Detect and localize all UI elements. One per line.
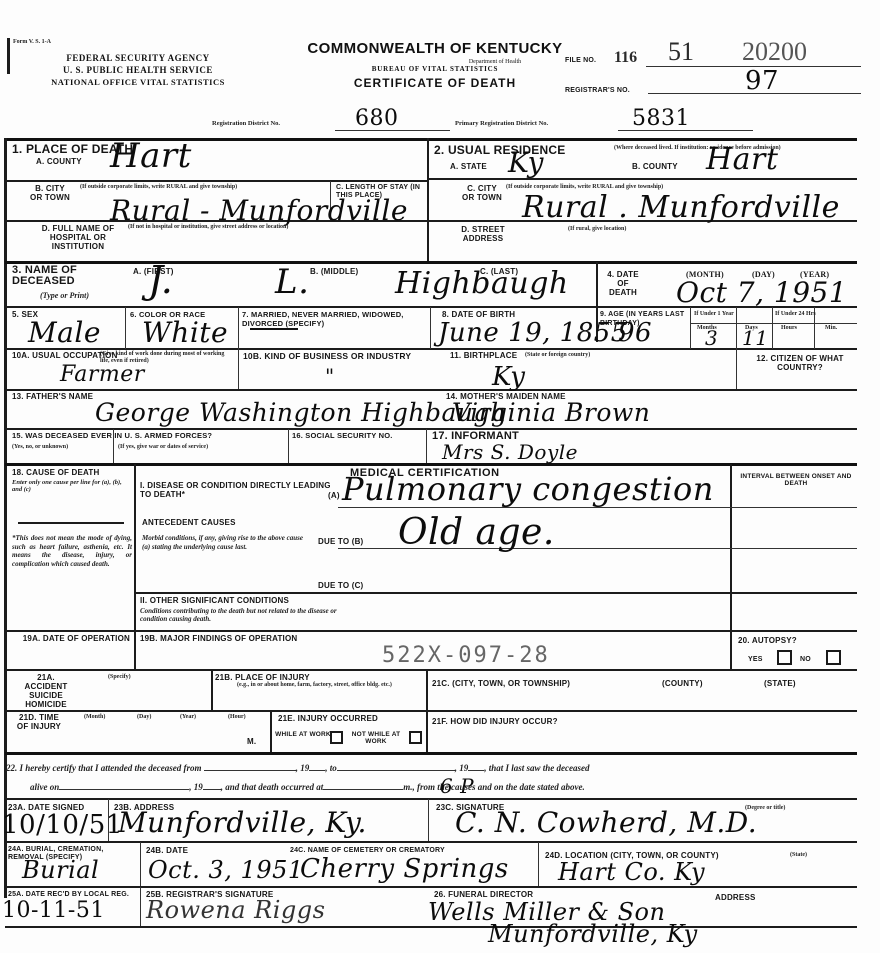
marital-status-label: 7. MARRIED, NEVER MARRIED, WIDOWED, DIVO…: [242, 310, 428, 328]
certificate-title: CERTIFICATE OF DEATH: [270, 76, 600, 90]
rule: [426, 429, 427, 463]
rule: [211, 670, 213, 710]
cause-of-death-label: 18. CAUSE OF DEATH: [12, 468, 99, 477]
months-value: 3: [705, 326, 718, 350]
registration-district-label: Registration District No.: [212, 120, 280, 127]
sex-value: Male: [28, 316, 101, 349]
middle-name-value: L.: [275, 262, 309, 302]
cause-note: Enter only one cause per line for (a), (…: [12, 479, 130, 493]
cause-footnote: *This does not mean the mode of dying, s…: [12, 534, 132, 568]
rule: [428, 799, 429, 841]
business-label: 10b. KIND OF BUSINESS OR INDUSTRY: [243, 352, 423, 361]
hours-label: Hours: [781, 325, 797, 332]
injury-place-label: 21b. PLACE OF INJURY: [215, 673, 310, 682]
burial-date-label: 24b. DATE: [146, 846, 188, 855]
injury-hour-label: (Hour): [228, 714, 246, 721]
rule: [430, 307, 431, 349]
rule: [5, 180, 429, 182]
while-at-work-checkbox[interactable]: [330, 731, 343, 744]
armed-forces-note-2: (If yes, give war or dates of service): [118, 444, 208, 451]
rule: [5, 752, 857, 755]
date-of-death-label: 4. DATE OF DEATH: [603, 270, 643, 297]
residence-city-value: Rural . Munfordville: [522, 190, 840, 225]
rule: [5, 348, 857, 350]
time-of-death-value: 6 P: [440, 774, 474, 798]
autopsy-no-label: NO: [800, 655, 811, 664]
line-a-label: (a): [328, 491, 340, 500]
certify-text-1e: , that I last saw the deceased: [484, 763, 589, 773]
alive-on-field: [59, 789, 189, 790]
registrar-signature: Rowena Riggs: [146, 896, 325, 924]
mother-name-value: Virginia Brown: [452, 398, 650, 427]
rule: [134, 631, 136, 669]
last-name-value: Highbaugh: [395, 266, 569, 301]
occupation-value: Farmer: [60, 362, 145, 387]
residence-county-label: b. COUNTY: [632, 162, 678, 171]
residence-state-value: Ky: [508, 146, 544, 179]
attended-from-year-field: [309, 770, 325, 771]
street-address-label: d. STREET ADDRESS: [458, 225, 508, 243]
under-year-label: If Under 1 Year: [694, 311, 772, 318]
city-note: (If outside corporate limits, write RURA…: [80, 184, 325, 191]
funeral-director-address-label: ADDRESS: [715, 893, 756, 902]
first-name-value: J.: [148, 258, 173, 302]
days-value: 11: [742, 326, 768, 350]
rule: [18, 522, 124, 524]
rule: [140, 887, 141, 927]
widowed-underline: [250, 328, 298, 330]
cause-line-a-value: Pulmonary congestion: [342, 470, 714, 508]
rule: [730, 631, 732, 669]
county-label: a. COUNTY: [36, 157, 82, 166]
certify-text-2d: m., from the causes and on the date stat…: [403, 782, 585, 792]
father-name-value: George Washington Highbaugh: [95, 398, 507, 427]
burial-date-value: Oct. 3, 1951: [148, 856, 304, 884]
armed-forces-note-1: (Yes, no, or unknown): [12, 444, 68, 451]
agency-line-3: NATIONAL OFFICE VITAL STATISTICS: [12, 76, 264, 88]
date-of-death-value: Oct 7, 1951: [676, 276, 847, 309]
rule: [690, 323, 857, 324]
injury-state-label: (STATE): [764, 679, 796, 688]
rule: [736, 349, 737, 389]
street-note: (If rural, give location): [568, 226, 626, 233]
certifier-address-value: Munfordville, Ky.: [118, 806, 367, 839]
rule: [5, 710, 857, 712]
funeral-director-address-value: Munfordville, Ky: [488, 920, 698, 948]
rule: [238, 307, 239, 349]
form-left-border: [4, 138, 7, 898]
primary-district-label: Primary Registration District No.: [455, 120, 548, 127]
injury-how-label: 21f. HOW DID INJURY OCCUR?: [432, 717, 558, 726]
usual-residence-label: 2. USUAL RESIDENCE: [434, 144, 565, 156]
cause-line-b-value: Old age.: [398, 512, 555, 553]
certify-statement-line-2: alive on, 19, and that death occurred at…: [30, 783, 585, 792]
injury-m-label: m.: [247, 737, 256, 746]
attended-to-year-field: [468, 770, 484, 771]
autopsy-yes-checkbox[interactable]: [777, 650, 792, 665]
rule: [5, 428, 857, 430]
part1-label: I. DISEASE OR CONDITION DIRECTLY LEADING…: [140, 481, 340, 499]
part2-note: Conditions contributing to the death but…: [140, 607, 340, 623]
antecedent-note: Morbid conditions, if any, giving rise t…: [142, 534, 307, 551]
birthplace-label: 11. BIRTHPLACE: [450, 351, 517, 360]
business-value: ": [325, 364, 335, 388]
file-no-prefix: 116: [614, 49, 637, 67]
citizen-label: 12. CITIZEN OF WHAT COUNTRY?: [745, 354, 855, 372]
certify-text-1d: , 19: [455, 763, 469, 773]
rule: [5, 926, 857, 928]
autopsy-yes-label: YES: [748, 655, 763, 664]
interval-label: INTERVAL BETWEEN ONSET AND DEATH: [738, 473, 854, 487]
rule: [140, 842, 141, 886]
rule: [134, 464, 136, 630]
rule: [125, 307, 126, 349]
certify-text-1c: , to: [325, 763, 337, 773]
date-received-value: 10-11-51: [2, 898, 105, 923]
rule: [5, 886, 857, 888]
registrar-no: 97: [745, 66, 779, 96]
bureau: BUREAU OF VITAL STATISTICS: [270, 65, 600, 73]
rule: [730, 464, 732, 630]
length-of-stay-label: c. LENGTH OF STAY (in this place): [336, 184, 426, 200]
autopsy-label: 20. AUTOPSY?: [738, 636, 797, 645]
city-town-label-text: b. CITY OR TOWN: [30, 184, 70, 202]
middle-name-label: b. (Middle): [310, 267, 358, 276]
certify-text-2b: , 19: [189, 782, 203, 792]
injury-month-label: (Month): [84, 714, 105, 721]
residence-county-value: Hart: [706, 142, 778, 177]
primary-district: 5831: [632, 106, 690, 131]
min-label: Min.: [825, 325, 837, 332]
age-years-value: 96: [618, 318, 652, 348]
part2-label: II. OTHER SIGNIFICANT CONDITIONS: [140, 596, 289, 605]
rule: [238, 349, 239, 389]
certify-text-2c: , and that death occurred at: [221, 782, 324, 792]
title-block: COMMONWEALTH OF KENTUCKY Department of H…: [270, 40, 600, 90]
cemetery-value: Cherry Springs: [300, 854, 509, 884]
certifier-signature: C. N. Cowherd, M.D.: [455, 806, 757, 839]
birthplace-note: (State or foreign country): [525, 352, 590, 359]
birthplace-value: Ky: [492, 362, 525, 392]
file-no-stamp-number: 20200: [742, 37, 807, 67]
rule: [5, 798, 857, 800]
rule: [5, 841, 857, 843]
while-at-work-label: WHILE AT WORK: [275, 731, 331, 738]
race-value: White: [142, 316, 228, 349]
injury-day-label: (Day): [137, 714, 151, 721]
injury-year-label: (Year): [180, 714, 196, 721]
under-day-label: If Under 24 Hrs: [775, 311, 855, 318]
burial-location-state-label: (State): [790, 852, 807, 859]
attended-to-field: [337, 770, 455, 771]
not-while-at-work-checkbox[interactable]: [409, 731, 422, 744]
death-time-field: [323, 789, 403, 790]
injury-place-note: (e.g., in or about home, farm, factory, …: [237, 682, 423, 689]
due-to-b-label: DUE TO (b): [318, 537, 363, 546]
rule: [270, 711, 272, 752]
rule: [428, 178, 857, 180]
autopsy-no-checkbox[interactable]: [826, 650, 841, 665]
operation-findings-label: 19b. MAJOR FINDINGS OF OPERATION: [140, 634, 297, 643]
date-signed-value: 10/10/51: [2, 810, 123, 840]
antecedent-causes-label: ANTECEDENT CAUSES: [142, 518, 236, 527]
father-name-label: 13. FATHER'S NAME: [12, 392, 93, 401]
rule: [538, 842, 539, 886]
certify-statement-line-1: 22. I hereby certify that I attended the…: [6, 764, 589, 773]
injury-county-label: (COUNTY): [662, 679, 703, 688]
injury-city-label: 21c. (CITY, TOWN, OR TOWNSHIP): [432, 679, 570, 688]
index-stamp: 522X-097-28: [382, 643, 550, 668]
rule: [5, 261, 857, 264]
hospital-label: d. FULL NAME OF HOSPITAL OR INSTITUTION: [28, 224, 128, 251]
rule: [5, 669, 857, 671]
burial-type-value: Burial: [22, 856, 99, 884]
rule: [5, 389, 857, 391]
file-no-label: FILE NO.: [565, 56, 596, 65]
injury-occurred-label: 21e. INJURY OCCURRED: [278, 714, 378, 723]
attended-from-field: [204, 770, 296, 771]
injury-type-label: 21a. ACCIDENT SUICIDE HOMICIDE: [16, 673, 76, 709]
informant-value: Mrs S. Doyle: [442, 440, 578, 464]
divider-place-residence: [427, 138, 429, 262]
city-town-label: b. CITY OR TOWN: [30, 184, 70, 202]
burial-location-value: Hart Co. Ky: [558, 858, 705, 886]
alive-on-year-field: [203, 789, 221, 790]
injury-specify-label: (Specify): [108, 674, 131, 681]
ssn-label: 16. SOCIAL SECURITY NO.: [292, 431, 422, 440]
rule: [772, 307, 773, 349]
certify-text-1b: , 19: [296, 763, 310, 773]
state-title: COMMONWEALTH OF KENTUCKY: [270, 40, 600, 57]
rule: [690, 307, 691, 349]
margin-bar: [7, 38, 10, 74]
residence-city-label: c. CITY OR TOWN: [460, 184, 504, 202]
operation-date-label: 19a. DATE OF OPERATION: [12, 634, 130, 643]
file-no-stamp-year: 51: [668, 37, 694, 67]
due-to-c-label: DUE TO (c): [318, 581, 363, 590]
form-number: Form V. S. 1-A: [13, 39, 51, 46]
registration-district: 680: [355, 106, 399, 131]
death-certificate-page: Form V. S. 1-A FEDERAL SECURITY AGENCY U…: [0, 0, 880, 953]
agency-line-2: U. S. PUBLIC HEALTH SERVICE: [12, 64, 264, 76]
name-note: (Type or Print): [40, 291, 89, 300]
not-while-at-work-label: NOT WHILE AT WORK: [344, 731, 408, 745]
name-of-deceased-label: 3. NAME OF DECEASED: [12, 265, 102, 287]
place-county-value: Hart: [110, 136, 192, 176]
state-label: a. STATE: [450, 162, 487, 171]
agency-line-1: FEDERAL SECURITY AGENCY: [12, 52, 264, 64]
agency-block: FEDERAL SECURITY AGENCY U. S. PUBLIC HEA…: [12, 52, 264, 88]
hospital-note: (If not in hospital or institution, give…: [128, 224, 418, 231]
registrar-no-label: REGISTRAR'S NO.: [565, 86, 630, 95]
rule: [134, 592, 857, 594]
certify-text-1: 22. I hereby certify that I attended the…: [6, 763, 201, 773]
certify-text-2: alive on: [30, 782, 59, 792]
injury-time-label: 21d. TIME OF INJURY: [14, 713, 64, 731]
